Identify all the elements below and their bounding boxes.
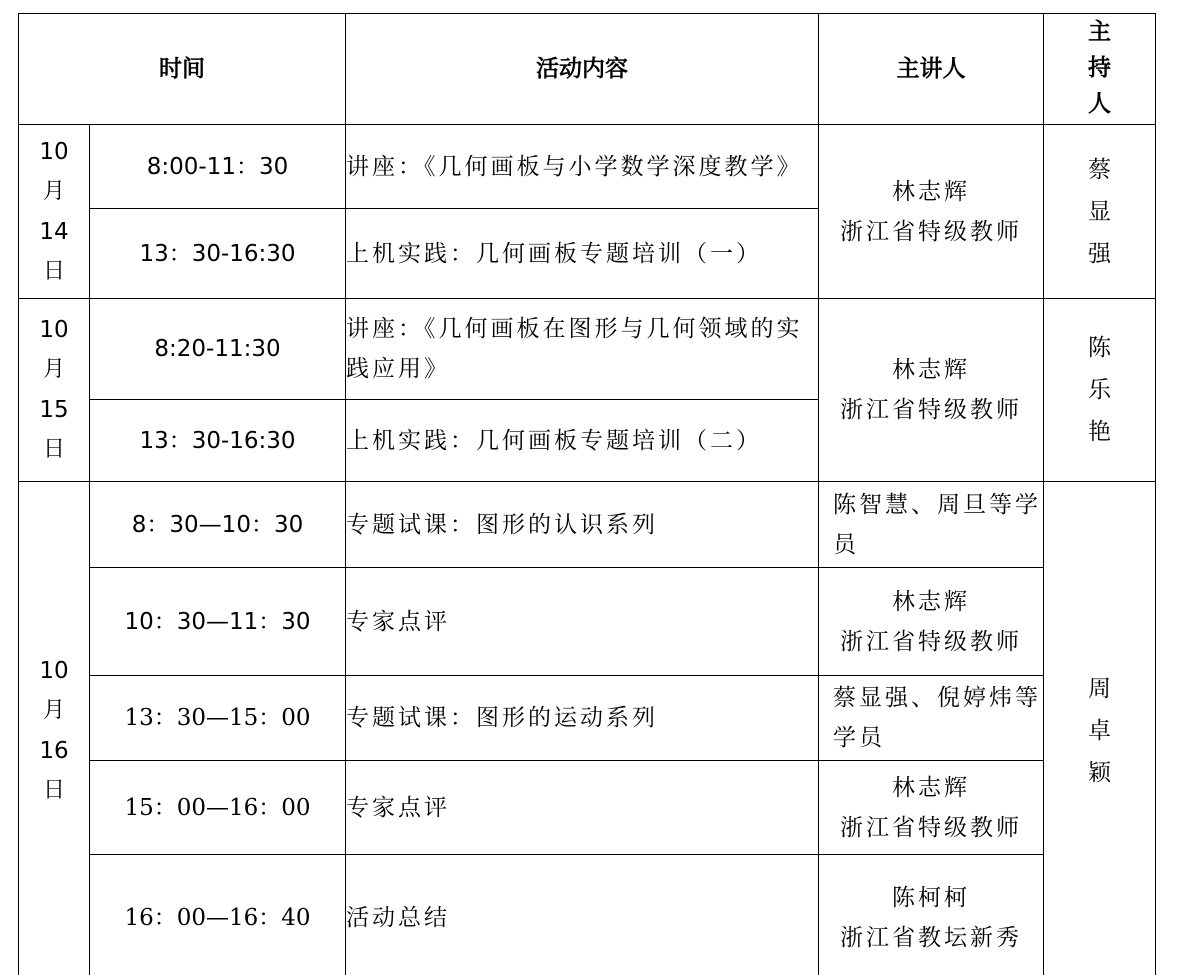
schedule-table: 时间 活动内容 主讲人 主持人 10月14日 8:00-11：30 讲座：《几何…	[18, 13, 1156, 975]
date-cell: 10月16日	[19, 482, 90, 975]
time-cell: 8:20-11:30	[90, 299, 346, 400]
header-host: 主持人	[1044, 14, 1156, 125]
header-row: 时间 活动内容 主讲人 主持人	[19, 14, 1156, 125]
time-cell: 15：00—16：00	[90, 761, 346, 855]
host-cell: 周卓颖	[1044, 482, 1156, 975]
table-row: 10月14日 8:00-11：30 讲座：《几何画板与小学数学深度教学》 林志辉…	[19, 125, 1156, 209]
speaker-cell: 陈智慧、周旦等学员	[819, 482, 1044, 568]
time-cell: 13：30-16:30	[90, 209, 346, 299]
activity-cell: 讲座：《几何画板在图形与几何领域的实践应用》	[346, 299, 819, 400]
activity-cell: 专家点评	[346, 568, 819, 676]
activity-cell: 专题试课：图形的认识系列	[346, 482, 819, 568]
activity-cell: 专题试课：图形的运动系列	[346, 676, 819, 761]
time-cell: 8:00-11：30	[90, 125, 346, 209]
activity-cell: 上机实践：几何画板专题培训（二）	[346, 400, 819, 482]
table-row: 16：00—16：40 活动总结 陈柯柯浙江省教坛新秀	[19, 855, 1156, 975]
activity-cell: 讲座：《几何画板与小学数学深度教学》	[346, 125, 819, 209]
speaker-cell: 蔡显强、倪婷炜等学员	[819, 676, 1044, 761]
speaker-cell: 陈柯柯浙江省教坛新秀	[819, 855, 1044, 975]
time-cell: 13：30—15：00	[90, 676, 346, 761]
time-cell: 10：30—11：30	[90, 568, 346, 676]
speaker-cell: 林志辉浙江省特级教师	[819, 299, 1044, 482]
host-cell: 蔡显强	[1044, 125, 1156, 299]
speaker-cell: 林志辉浙江省特级教师	[819, 568, 1044, 676]
activity-cell: 专家点评	[346, 761, 819, 855]
header-time: 时间	[19, 14, 346, 125]
header-activity: 活动内容	[346, 14, 819, 125]
table-row: 10：30—11：30 专家点评 林志辉浙江省特级教师	[19, 568, 1156, 676]
time-cell: 16：00—16：40	[90, 855, 346, 975]
table-row: 10月15日 8:20-11:30 讲座：《几何画板在图形与几何领域的实践应用》…	[19, 299, 1156, 400]
header-speaker: 主讲人	[819, 14, 1044, 125]
activity-cell: 活动总结	[346, 855, 819, 975]
time-cell: 13：30-16:30	[90, 400, 346, 482]
speaker-cell: 林志辉浙江省特级教师	[819, 125, 1044, 299]
date-cell: 10月15日	[19, 299, 90, 482]
table-row: 10月16日 8：30—10：30 专题试课：图形的认识系列 陈智慧、周旦等学员…	[19, 482, 1156, 568]
time-cell: 8：30—10：30	[90, 482, 346, 568]
date-cell: 10月14日	[19, 125, 90, 299]
host-cell: 陈乐艳	[1044, 299, 1156, 482]
activity-cell: 上机实践：几何画板专题培训（一）	[346, 209, 819, 299]
speaker-cell: 林志辉浙江省特级教师	[819, 761, 1044, 855]
table-row: 13：30—15：00 专题试课：图形的运动系列 蔡显强、倪婷炜等学员	[19, 676, 1156, 761]
table-row: 15：00—16：00 专家点评 林志辉浙江省特级教师	[19, 761, 1156, 855]
